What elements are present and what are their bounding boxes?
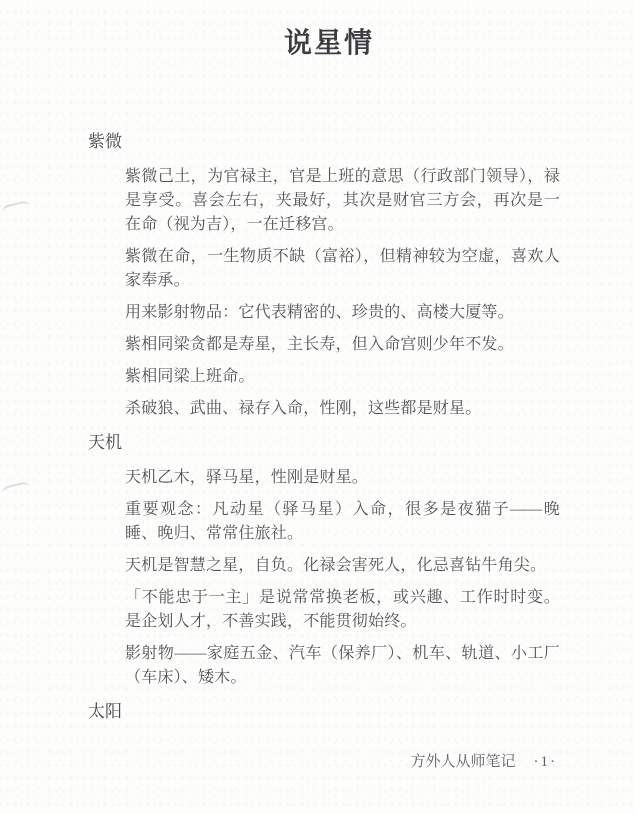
paragraph: 杀破狼、武曲、禄存入命，性刚，这些都是财星。: [125, 397, 560, 421]
section-heading-ziwei: 紫微: [88, 130, 560, 154]
paragraph: 天机是智慧之星，自负。化禄会害死人，化忌喜钻牛角尖。: [125, 554, 560, 578]
section-heading-tianji: 天机: [88, 431, 560, 455]
paragraph: 天机乙木，驿马星，性刚是财星。: [125, 466, 560, 490]
paragraph: 紫微在命，一生物质不缺（富裕），但精神较为空虚，喜欢人家奉承。: [125, 245, 560, 293]
document-page: 说星情 紫微 紫微己土，为官禄主，官是上班的意思（行政部门领导），禄是享受。喜会…: [0, 0, 635, 814]
paragraph: 重要观念：凡动星（驿马星）入命，很多是夜猫子——晚睡、晚归、常常住旅社。: [125, 498, 560, 546]
scan-smudge-mark: [1, 200, 31, 218]
footer-page-number: ·1·: [534, 754, 558, 770]
scan-smudge-mark: [1, 481, 31, 499]
paragraph: 紫微己土，为官禄主，官是上班的意思（行政部门领导），禄是享受。喜会左右，夹最好，…: [125, 165, 560, 237]
paragraph: 影射物——家庭五金、汽车（保养厂）、机车、轨道、小工厂（车床）、矮木。: [125, 642, 560, 690]
section-ziwei: 紫微 紫微己土，为官禄主，官是上班的意思（行政部门领导），禄是享受。喜会左右，夹…: [88, 130, 560, 421]
section-tianji: 天机 天机乙木，驿马星，性刚是财星。 重要观念：凡动星（驿马星）入命，很多是夜猫…: [88, 431, 560, 690]
paragraph: 紫相同梁上班命。: [125, 365, 560, 389]
page-title: 说星情: [98, 24, 560, 64]
section-taiyang: 太阳: [88, 700, 560, 724]
paragraph: 紫相同梁贪都是寿星，主长寿，但入命宫则少年不发。: [125, 333, 560, 357]
paragraph: 用来影射物品：它代表精密的、珍贵的、高楼大厦等。: [125, 301, 560, 325]
section-heading-taiyang: 太阳: [88, 700, 560, 724]
page-footer: 方外人从师笔记·1·: [410, 750, 557, 771]
footer-book-title: 方外人从师笔记: [410, 754, 515, 770]
paragraph: 「不能忠于一主」是说常常换老板，或兴趣、工作时时变。是企划人才，不善实践，不能贯…: [125, 586, 560, 634]
